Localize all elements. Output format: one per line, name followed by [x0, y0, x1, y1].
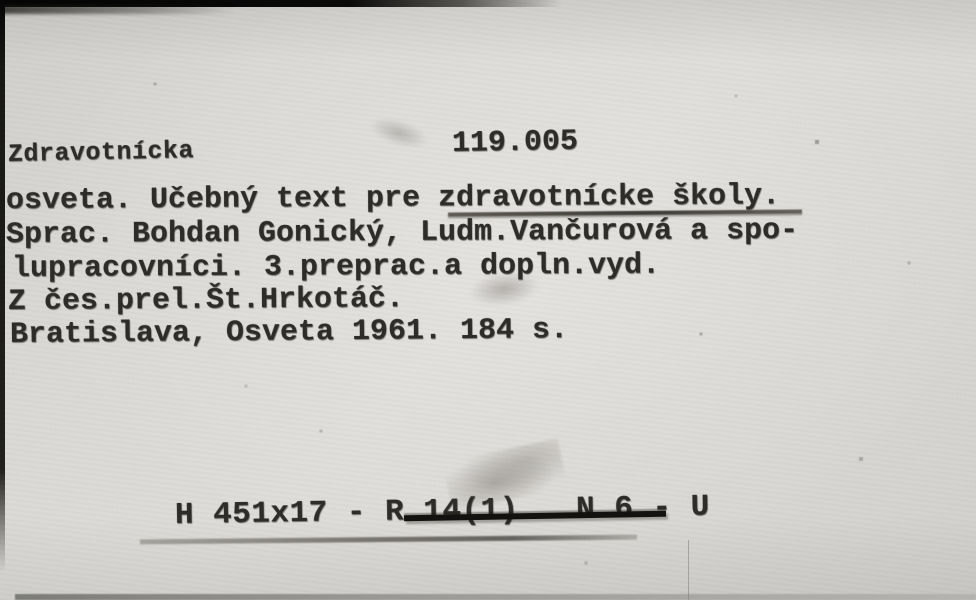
bottom-edge-artifact [15, 594, 976, 600]
catalog-card: Zdravotnícka 119.005 osveta. Učebný text… [0, 0, 976, 600]
title-line-prefix: osveta. Učebný text pre [6, 181, 438, 218]
call-number: 119.005 [452, 125, 579, 161]
statement-of-responsibility-line: Sprac. Bohdan Gonický, Ludm.Vančurová a … [6, 214, 798, 252]
fold-line [688, 540, 689, 600]
shelfmark-underline-mark [140, 535, 637, 545]
left-edge-artifact [0, 0, 5, 572]
shelfmark-struck-text: 14(1) N 6 [423, 491, 634, 529]
top-edge-smudge [0, 5, 235, 14]
heading-word: Zdravotnícka [8, 136, 195, 169]
edition-line: lupracovníci. 3.preprac.a dopln.vyd. [12, 249, 660, 286]
ink-smudge [366, 111, 433, 155]
shelfmark-suffix: - U [633, 490, 710, 526]
imprint-line: Bratislava, Osveta 1961. 184 s. [10, 313, 568, 352]
translation-line: Z čes.prel.Št.Hrkotáč. [8, 282, 404, 319]
shelfmark-prefix: H 451x17 - R [175, 494, 424, 533]
